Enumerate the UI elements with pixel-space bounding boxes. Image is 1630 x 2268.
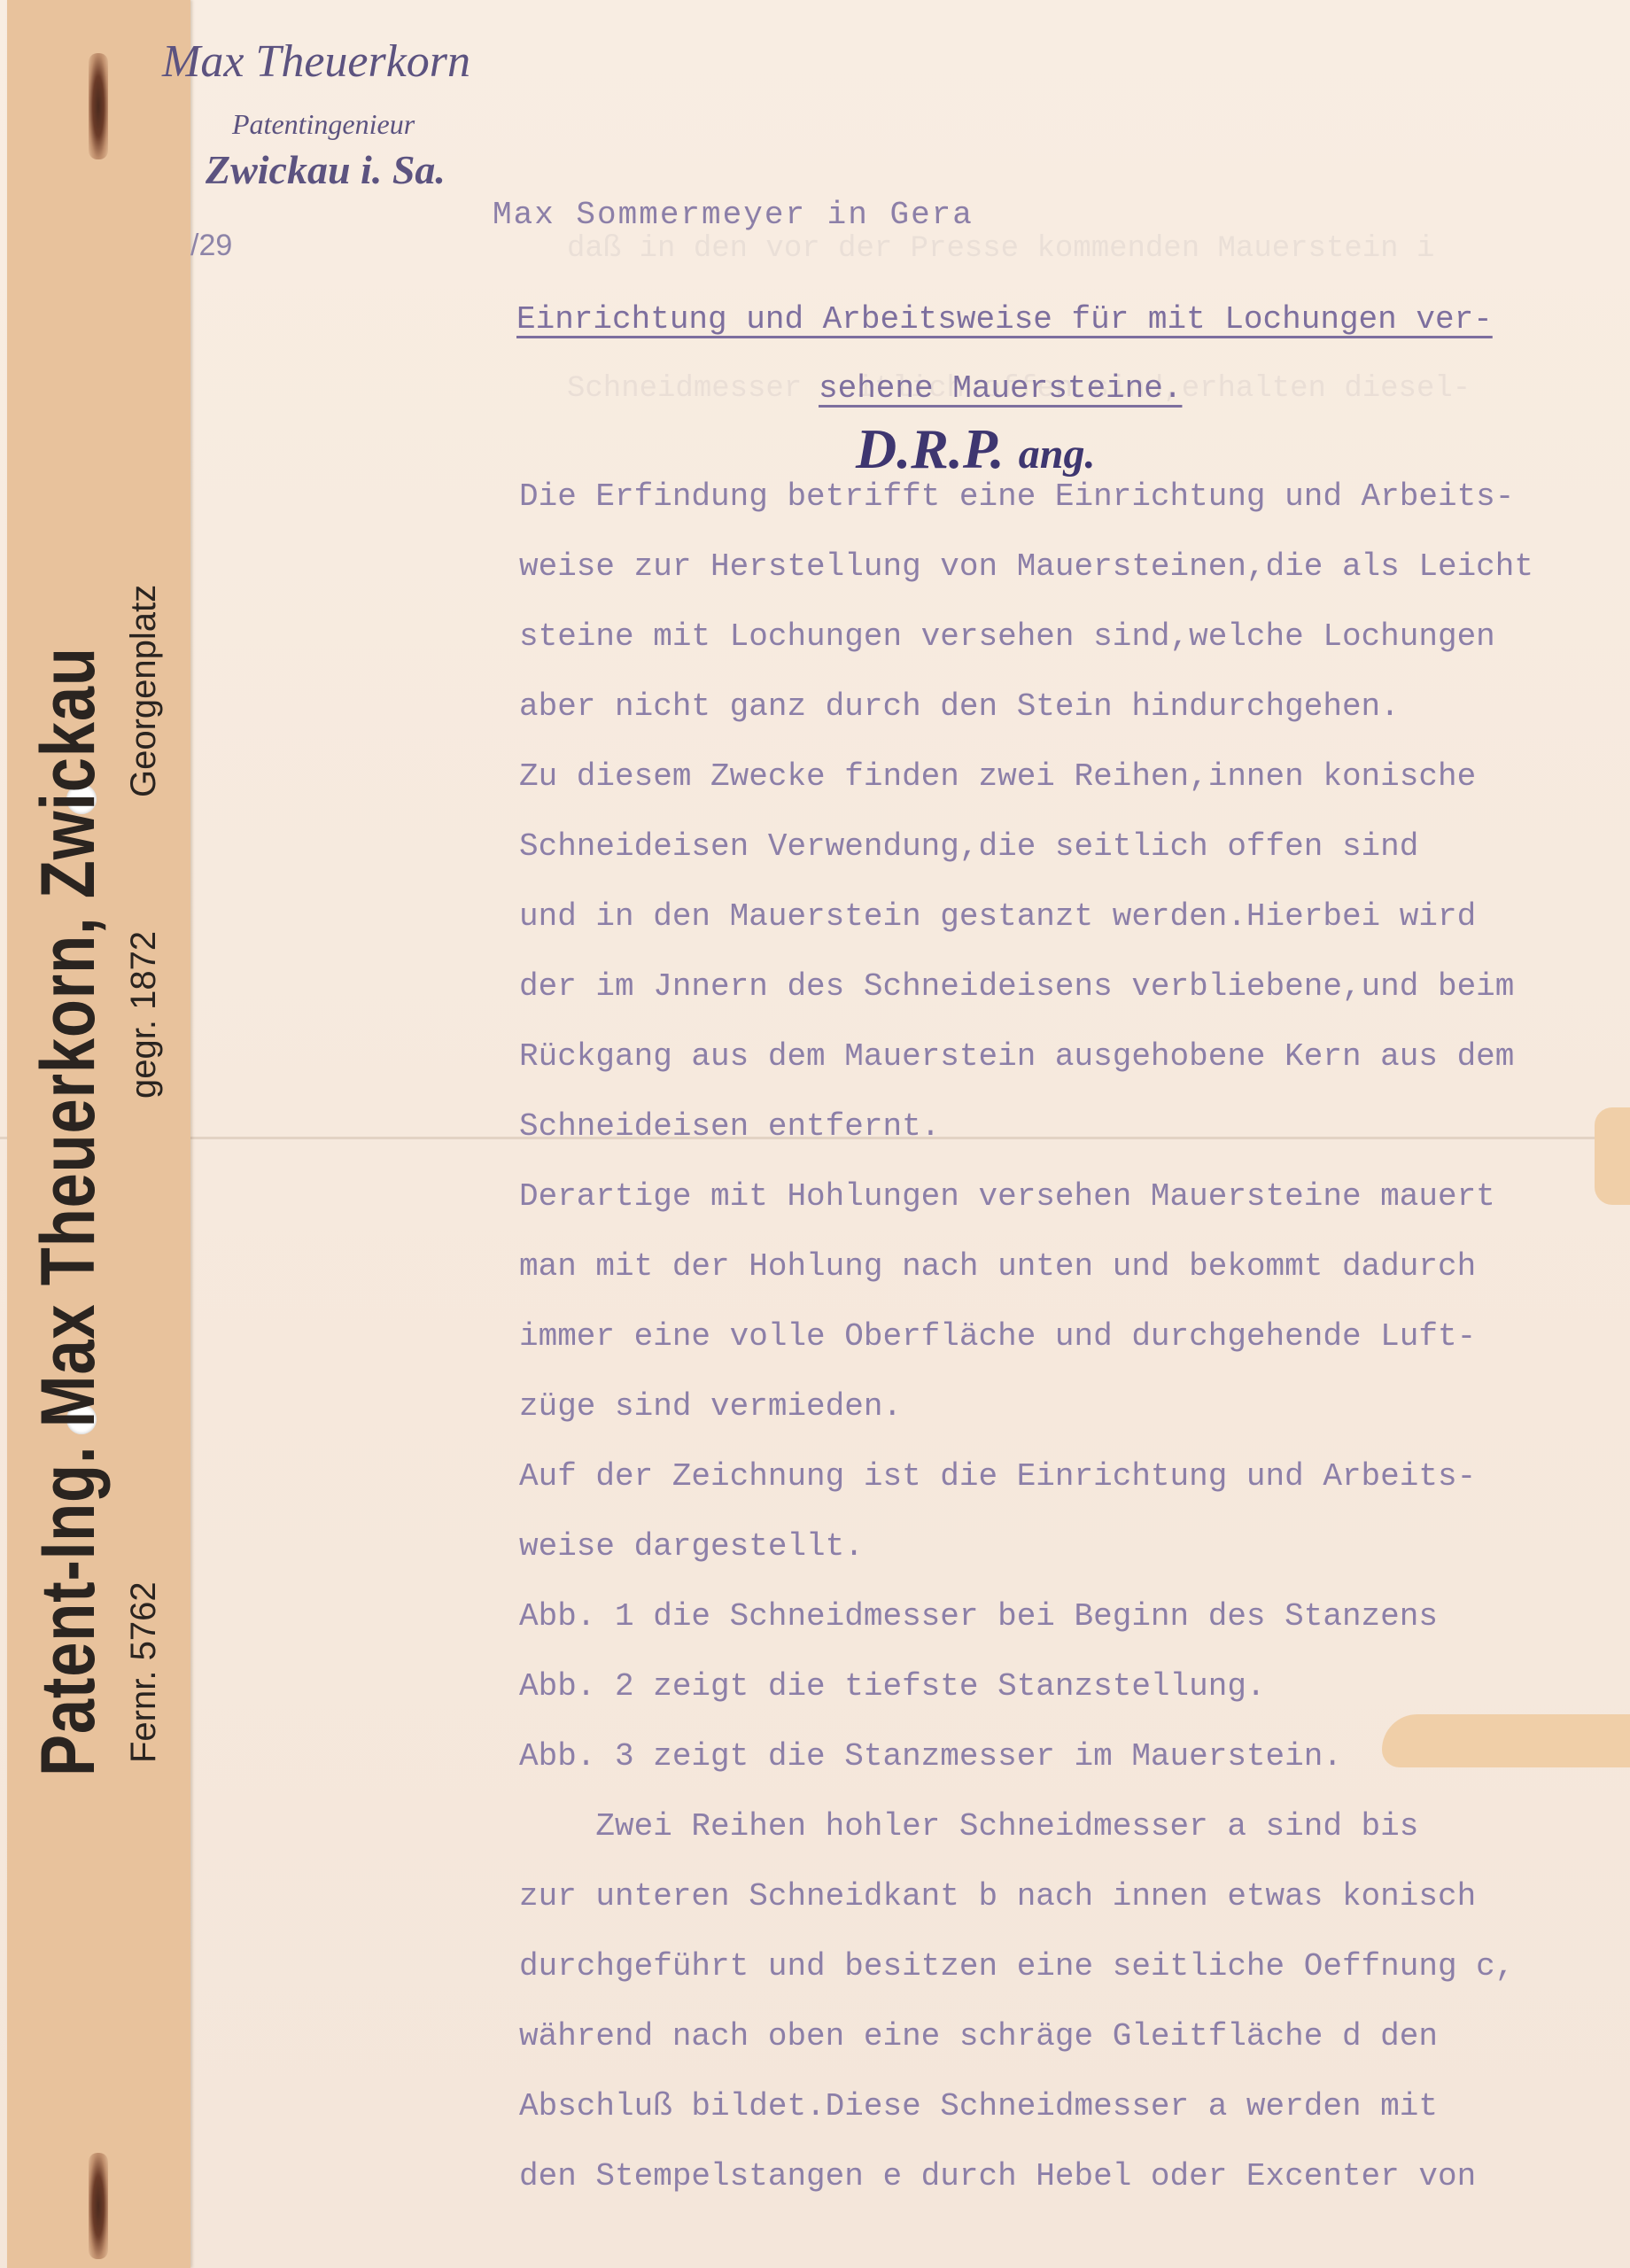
addressee: Max Sommermeyer in Gera bbox=[493, 197, 974, 233]
paper-tear bbox=[1382, 1714, 1630, 1767]
body-line: Schneideisen Verwendung,die seitlich off… bbox=[519, 828, 1418, 865]
letter-page: daß in den vor der Presse kommenden Maue… bbox=[0, 0, 1630, 2268]
letterhead-title: Patentingenieur bbox=[232, 108, 415, 141]
body-line: durchgeführt und besitzen eine seitliche… bbox=[519, 1948, 1514, 1984]
heading-line-1: Einrichtung und Arbeitsweise für mit Loc… bbox=[516, 301, 1493, 338]
letterhead-name: Max Theuerkorn bbox=[162, 35, 470, 88]
body-line: Die Erfindung betrifft eine Einrichtung … bbox=[519, 478, 1514, 515]
body-line: Zwei Reihen hohler Schneidmesser a sind … bbox=[519, 1808, 1418, 1845]
body-line: während nach oben eine schräge Gleitfläc… bbox=[519, 2018, 1438, 2054]
heading-line-2: sehene Mauersteine. bbox=[819, 370, 1182, 407]
body-line: Zu diesem Zwecke finden zwei Reihen,inne… bbox=[519, 758, 1476, 795]
body-line: aber nicht ganz durch den Stein hindurch… bbox=[519, 688, 1400, 725]
staple-mark-top bbox=[89, 53, 108, 159]
body-line: man mit der Hohlung nach unten und bekom… bbox=[519, 1248, 1476, 1285]
paper-tear bbox=[1595, 1107, 1630, 1205]
body-line: Abb. 3 zeigt die Stanzmesser im Mauerste… bbox=[519, 1738, 1342, 1775]
side-strip-street: Georgenplatz bbox=[124, 585, 164, 797]
side-strip-founded: gegr. 1872 bbox=[124, 931, 164, 1099]
body-line: und in den Mauerstein gestanzt werden.Hi… bbox=[519, 898, 1476, 935]
body-line: züge sind vermieden. bbox=[519, 1388, 902, 1425]
show-through-text: daß in den vor der Presse kommenden Maue… bbox=[567, 232, 1434, 266]
staple-mark-bottom bbox=[89, 2153, 108, 2259]
body-line: zur unteren Schneidkant b nach innen etw… bbox=[519, 1878, 1476, 1915]
body-line: Rückgang aus dem Mauerstein ausgehobene … bbox=[519, 1038, 1514, 1075]
body-line: Abb. 1 die Schneidmesser bei Beginn des … bbox=[519, 1598, 1438, 1635]
body-line: Abb. 2 zeigt die tiefste Stanzstellung. bbox=[519, 1668, 1266, 1705]
side-strip-phone: Fernr. 5762 bbox=[124, 1581, 164, 1763]
body-line: Abschluß bildet.Diese Schneidmesser a we… bbox=[519, 2088, 1438, 2124]
date-fragment: /29 bbox=[190, 229, 232, 263]
body-line: weise zur Herstellung von Mauersteinen,d… bbox=[519, 548, 1533, 585]
body-line: Schneideisen entfernt. bbox=[519, 1108, 940, 1145]
body-line: steine mit Lochungen versehen sind,welch… bbox=[519, 618, 1495, 655]
body-line: Auf der Zeichnung ist die Einrichtung un… bbox=[519, 1458, 1476, 1495]
letterhead-city: Zwickau i. Sa. bbox=[206, 146, 446, 193]
body-line: immer eine volle Oberfläche und durchgeh… bbox=[519, 1318, 1476, 1355]
body-line: den Stempelstangen e durch Hebel oder Ex… bbox=[519, 2158, 1476, 2194]
side-strip-company: Patent-Ing. Max Theuerkorn, Zwickau bbox=[25, 647, 113, 1776]
patent-pending-stamp: D.R.P. ang. bbox=[856, 416, 1095, 482]
body-line: weise dargestellt. bbox=[519, 1528, 864, 1565]
body-line: Derartige mit Hohlungen versehen Mauerst… bbox=[519, 1178, 1495, 1215]
body-line: der im Jnnern des Schneideisens verblieb… bbox=[519, 968, 1514, 1005]
